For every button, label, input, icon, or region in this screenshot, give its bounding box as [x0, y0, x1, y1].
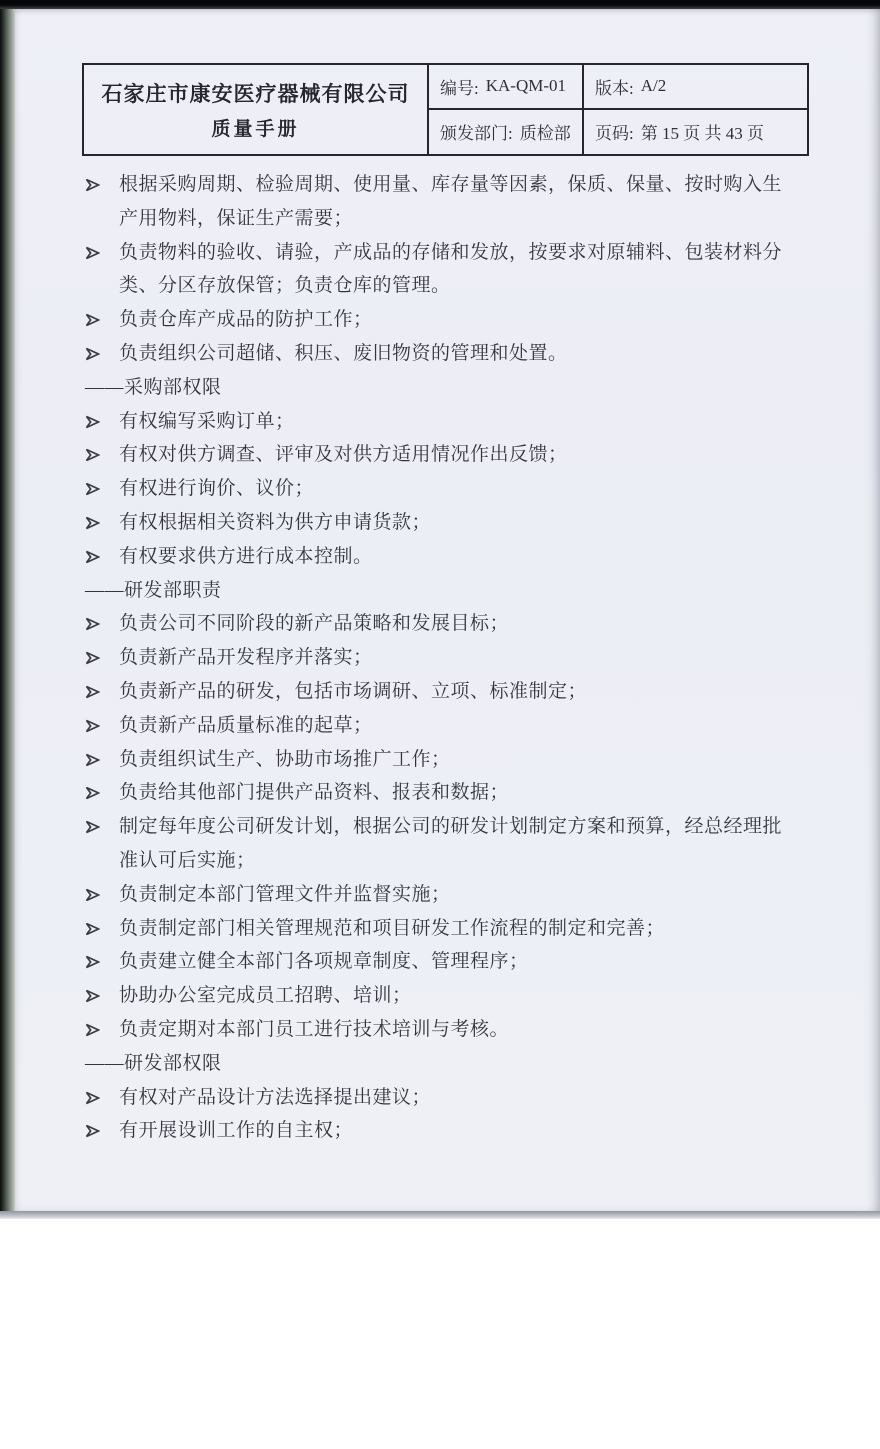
- item-text: 负责组织公司超储、积压、废旧物资的管理和处置。: [119, 337, 791, 371]
- content-list: 根据采购周期、检验周期、使用量、库存量等因素，保质、保量、按时购入生产用物料，保…: [85, 168, 791, 1148]
- item-text: 有权根据相关资料为供方申请货款；: [119, 506, 791, 540]
- item-text: 负责给其他部门提供产品资料、报表和数据；: [119, 776, 791, 810]
- item-text: 负责定期对本部门员工进行技术培训与考核。: [119, 1013, 791, 1047]
- item-text: ——研发部职责: [85, 574, 791, 608]
- list-item: 根据采购周期、检验周期、使用量、库存量等因素，保质、保量、按时购入生产用物料，保…: [85, 168, 791, 236]
- arrowhead-right-icon: [85, 878, 119, 902]
- item-text: 有权对产品设计方法选择提出建议；: [119, 1081, 791, 1115]
- list-item: 有开展设训工作的自主权；: [85, 1114, 791, 1148]
- list-item: 负责制定部门相关管理规范和项目研发工作流程的制定和完善；: [85, 912, 791, 946]
- item-text: 协助办公室完成员工招聘、培训；: [119, 979, 791, 1013]
- arrowhead-right-icon: [85, 303, 119, 327]
- list-item: 负责定期对本部门员工进行技术培训与考核。: [85, 1013, 791, 1047]
- item-text: 负责组织试生产、协助市场推广工作；: [119, 743, 791, 777]
- scanned-page: 石家庄市康安医疗器械有限公司 质量手册 编号: KA-QM-01 版本: A/2…: [0, 0, 880, 1449]
- list-item: 负责给其他部门提供产品资料、报表和数据；: [85, 776, 791, 810]
- item-text: 制定每年度公司研发计划，根据公司的研发计划制定方案和预算，经总经理批准认可后实施…: [119, 810, 791, 878]
- company-title-cell: 石家庄市康安医疗器械有限公司 质量手册: [84, 65, 427, 154]
- list-item: 协助办公室完成员工招聘、培训；: [85, 979, 791, 1013]
- arrowhead-right-icon: [85, 405, 119, 429]
- item-text: 有开展设训工作的自主权；: [119, 1114, 791, 1148]
- issuing-dept-cell: 颁发部门: 质检部: [427, 110, 582, 155]
- list-item: 负责新产品开发程序并落实；: [85, 641, 791, 675]
- list-item: 制定每年度公司研发计划，根据公司的研发计划制定方案和预算，经总经理批准认可后实施…: [85, 810, 791, 878]
- list-item: 负责组织公司超储、积压、废旧物资的管理和处置。: [85, 337, 791, 371]
- arrowhead-right-icon: [85, 540, 119, 564]
- arrowhead-right-icon: [85, 979, 119, 1003]
- list-item: 负责制定本部门管理文件并监督实施；: [85, 878, 791, 912]
- arrowhead-right-icon: [85, 912, 119, 936]
- arrowhead-right-icon: [85, 1013, 119, 1037]
- arrowhead-right-icon: [85, 1114, 119, 1138]
- list-item: ——采购部权限: [85, 371, 791, 405]
- item-text: 有权对供方调查、评审及对供方适用情况作出反馈；: [119, 438, 791, 472]
- list-item: 有权进行询价、议价；: [85, 472, 791, 506]
- issuing-dept-value: 质检部: [520, 119, 571, 144]
- item-text: ——采购部权限: [85, 371, 791, 405]
- list-item: 负责新产品的研发，包括市场调研、立项、标准制定；: [85, 675, 791, 709]
- document-page: 石家庄市康安医疗器械有限公司 质量手册 编号: KA-QM-01 版本: A/2…: [15, 9, 880, 1211]
- list-item: 负责公司不同阶段的新产品策略和发展目标；: [85, 607, 791, 641]
- page-number-label: 页码:: [595, 119, 634, 144]
- scan-bottom-edge: [0, 1211, 880, 1219]
- item-text: 根据采购周期、检验周期、使用量、库存量等因素，保质、保量、按时购入生产用物料，保…: [119, 168, 791, 236]
- item-text: 负责公司不同阶段的新产品策略和发展目标；: [119, 607, 791, 641]
- item-text: 负责新产品开发程序并落实；: [119, 641, 791, 675]
- list-item: 有权根据相关资料为供方申请货款；: [85, 506, 791, 540]
- version-label: 版本:: [595, 74, 634, 99]
- arrowhead-right-icon: [85, 641, 119, 665]
- scan-left-edge: [0, 0, 15, 1219]
- item-text: 负责新产品的研发，包括市场调研、立项、标准制定；: [119, 675, 791, 709]
- issuing-dept-label: 颁发部门:: [440, 119, 513, 144]
- list-item: 有权编写采购订单；: [85, 405, 791, 439]
- list-item: 有权对供方调查、评审及对供方适用情况作出反馈；: [85, 438, 791, 472]
- item-text: 负责仓库产成品的防护工作；: [119, 303, 791, 337]
- list-item: 有权对产品设计方法选择提出建议；: [85, 1081, 791, 1115]
- item-text: ——研发部权限: [85, 1047, 791, 1081]
- item-text: 负责制定本部门管理文件并监督实施；: [119, 878, 791, 912]
- arrowhead-right-icon: [85, 945, 119, 969]
- list-item: 有权要求供方进行成本控制。: [85, 540, 791, 574]
- item-text: 有权进行询价、议价；: [119, 472, 791, 506]
- item-text: 负责新产品质量标准的起草；: [119, 709, 791, 743]
- page-number-value: 第 15 页 共 43 页: [641, 119, 764, 144]
- arrowhead-right-icon: [85, 506, 119, 530]
- item-text: 负责建立健全本部门各项规章制度、管理程序；: [119, 945, 791, 979]
- document-header-table: 石家庄市康安医疗器械有限公司 质量手册 编号: KA-QM-01 版本: A/2…: [82, 63, 809, 156]
- list-item: 负责组织试生产、协助市场推广工作；: [85, 743, 791, 777]
- list-item: 负责建立健全本部门各项规章制度、管理程序；: [85, 945, 791, 979]
- list-item: ——研发部职责: [85, 574, 791, 608]
- list-item: ——研发部权限: [85, 1047, 791, 1081]
- item-text: 有权要求供方进行成本控制。: [119, 540, 791, 574]
- version-cell: 版本: A/2: [582, 65, 807, 110]
- scan-top-edge: [0, 0, 880, 9]
- arrowhead-right-icon: [85, 810, 119, 834]
- arrowhead-right-icon: [85, 337, 119, 361]
- list-item: 负责新产品质量标准的起草；: [85, 709, 791, 743]
- arrowhead-right-icon: [85, 675, 119, 699]
- arrowhead-right-icon: [85, 438, 119, 462]
- doc-number-label: 编号:: [440, 74, 479, 99]
- arrowhead-right-icon: [85, 236, 119, 260]
- arrowhead-right-icon: [85, 168, 119, 192]
- arrowhead-right-icon: [85, 776, 119, 800]
- arrowhead-right-icon: [85, 709, 119, 733]
- arrowhead-right-icon: [85, 607, 119, 631]
- arrowhead-right-icon: [85, 1081, 119, 1105]
- item-text: 有权编写采购订单；: [119, 405, 791, 439]
- manual-title: 质量手册: [211, 114, 299, 141]
- arrowhead-right-icon: [85, 472, 119, 496]
- item-text: 负责物料的验收、请验，产成品的存储和发放，按要求对原辅料、包装材料分类、分区存放…: [119, 236, 791, 304]
- list-item: 负责物料的验收、请验，产成品的存储和发放，按要求对原辅料、包装材料分类、分区存放…: [85, 236, 791, 304]
- company-name: 石家庄市康安医疗器械有限公司: [102, 78, 410, 108]
- list-item: 负责仓库产成品的防护工作；: [85, 303, 791, 337]
- version-value: A/2: [641, 76, 667, 96]
- item-text: 负责制定部门相关管理规范和项目研发工作流程的制定和完善；: [119, 912, 791, 946]
- doc-number-value: KA-QM-01: [486, 76, 566, 96]
- doc-number-cell: 编号: KA-QM-01: [427, 65, 582, 110]
- arrowhead-right-icon: [85, 743, 119, 767]
- page-number-cell: 页码: 第 15 页 共 43 页: [582, 110, 807, 155]
